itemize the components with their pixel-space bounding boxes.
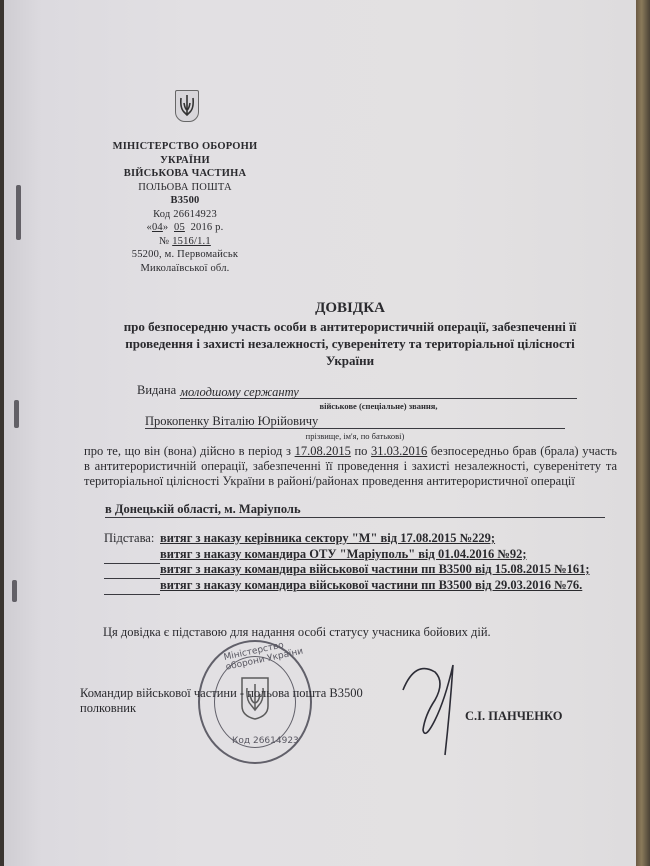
unit-code: В3500 <box>170 195 199 206</box>
document-title: ДОВІДКА <box>80 300 620 317</box>
date-to: 31.03.2016 <box>371 444 427 458</box>
location: в Донецькій області, м. Маріуполь <box>105 502 565 517</box>
rank-value: молодшому сержанту <box>180 385 577 400</box>
signatory-name: С.І. ПАНЧЕНКО <box>465 709 562 724</box>
basis-indent-line <box>104 594 160 595</box>
signatory-position: Командир військової частини - польова по… <box>80 686 363 716</box>
date-day: 04 <box>152 222 163 233</box>
region: Миколаївської обл. <box>100 262 270 276</box>
binding-mark <box>14 400 19 428</box>
rank-caption: військове (спеціальне) звання, <box>180 401 577 411</box>
basis-item: витяг з наказу командира військової част… <box>160 578 620 594</box>
recipient-name: Прокопенку Віталію Юрійовичу <box>145 414 565 429</box>
name-caption: прізвище, ім'я, по батькові) <box>145 431 565 441</box>
document-number: № 1516/1.1 <box>100 235 270 249</box>
date-year: 2016 р. <box>191 222 224 233</box>
basis-indent-line <box>104 578 160 579</box>
statement-paragraph: про те, що він (вона) дійсно в період з … <box>84 444 617 489</box>
issued-label: Видана <box>137 383 176 398</box>
basis-label: Підстава: <box>104 531 154 546</box>
basis-item: витяг з наказу командира ОТУ "Маріуполь"… <box>160 547 620 563</box>
basis-list: витяг з наказу керівника сектору "М" від… <box>160 531 620 593</box>
basis-item: витяг з наказу керівника сектору "М" від… <box>160 531 620 547</box>
stamp-code: Код 26614923 <box>232 736 299 746</box>
document-subtitle: про безпосередню участь особи в антитеро… <box>80 318 620 369</box>
issue-date: «04» 05 2016 р. <box>100 221 270 235</box>
date-from: 17.08.2015 <box>295 444 351 458</box>
basis-item: витяг з наказу командира військової част… <box>160 562 620 578</box>
binding-mark <box>12 580 17 602</box>
date-month: 05 <box>174 222 185 233</box>
binding-mark <box>16 185 21 240</box>
background-surface <box>636 0 650 866</box>
ministry-line1: МІНІСТЕРСТВО ОБОРОНИ <box>113 141 258 152</box>
ministry-line2: УКРАЇНИ <box>160 155 210 166</box>
handwritten-signature <box>395 660 465 760</box>
field-post: ПОЛЬОВА ПОШТА <box>100 181 270 195</box>
basis-indent-line <box>104 563 160 564</box>
unit-name: ВІЙСЬКОВА ЧАСТИНА <box>124 168 247 179</box>
organization-code: Код 26614923 <box>100 208 270 222</box>
postal-address: 55200, м. Первомайськ <box>100 248 270 262</box>
trident-coat-of-arms-icon <box>175 90 199 122</box>
letterhead: МІНІСТЕРСТВО ОБОРОНИ УКРАЇНИ ВІЙСЬКОВА Ч… <box>100 140 270 275</box>
location-line <box>105 517 605 518</box>
